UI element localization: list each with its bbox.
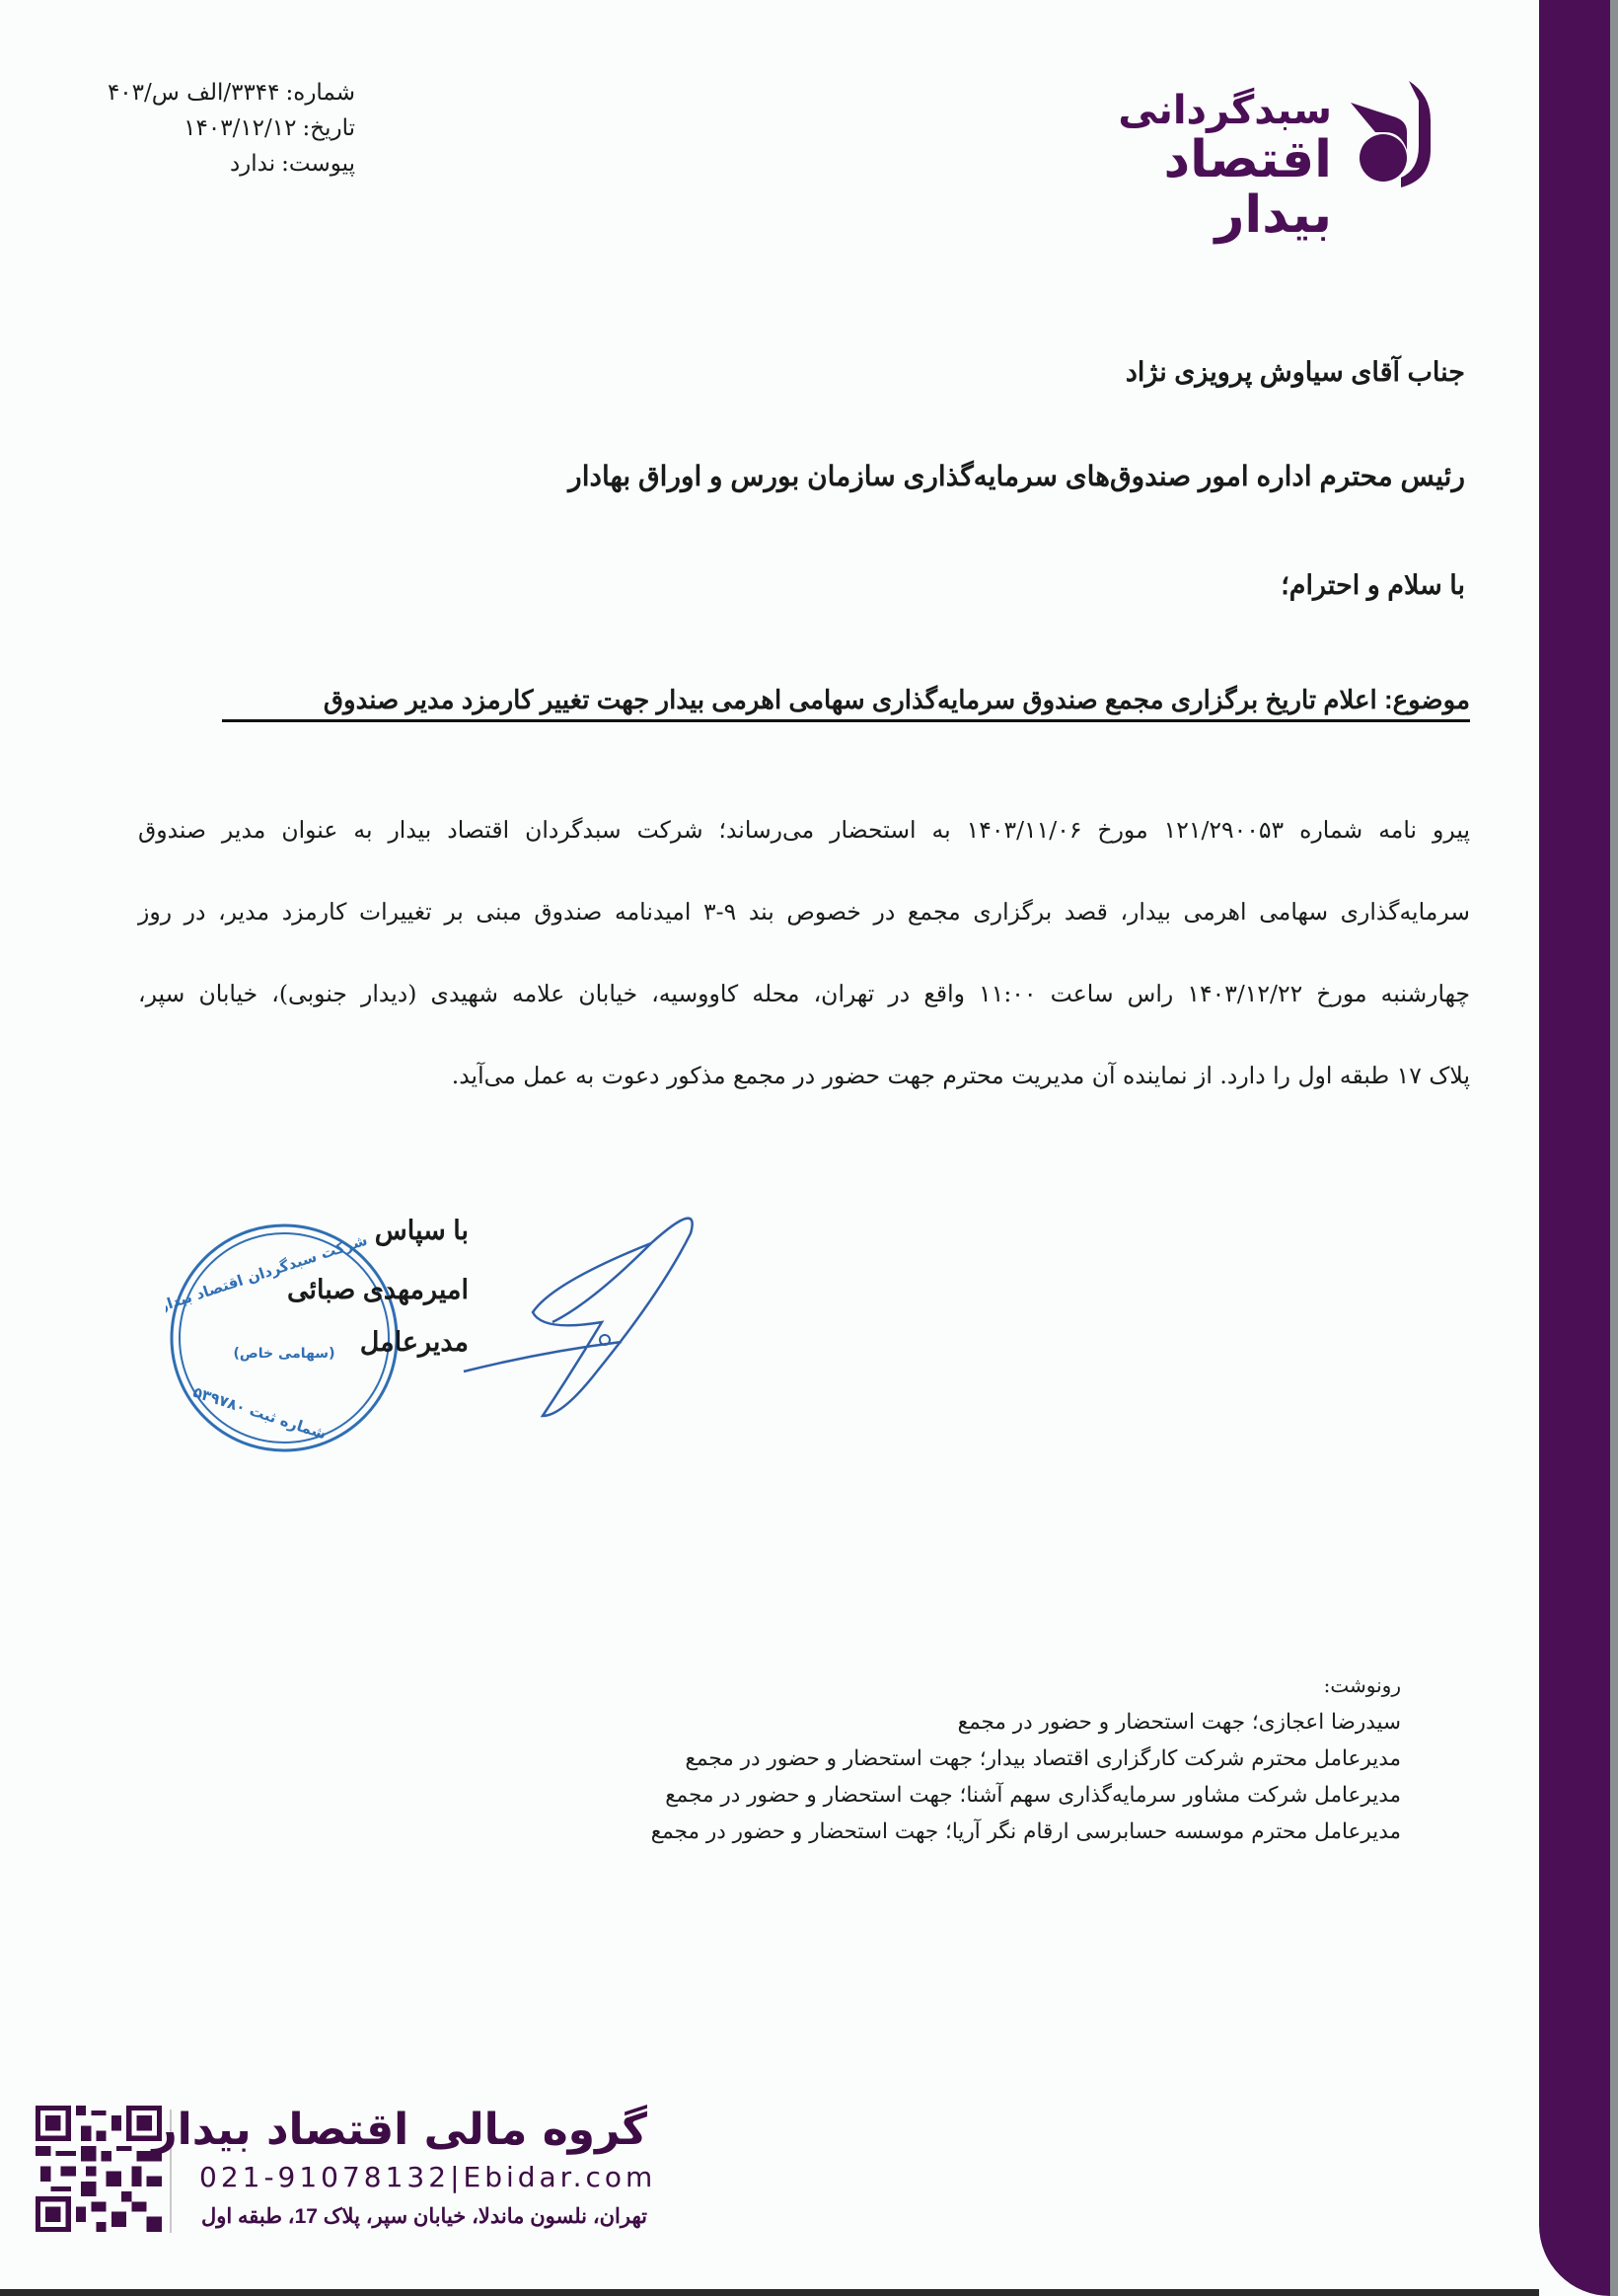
letter-meta: شماره:۳۳۴۴/الف س/۴۰۳ تاریخ:۱۴۰۳/۱۲/۱۲ پی…: [59, 75, 355, 182]
qr-code-icon: [36, 2106, 162, 2232]
logo-line-2: اقتصاد بیدار: [1056, 132, 1332, 243]
body-line: پیرو نامه شماره ۱۲۱/۲۹۰۰۵۳ مورخ ۱۴۰۳/۱۱/…: [138, 789, 1470, 871]
footer-contact: 021-91078132|Ebidar.com: [199, 2161, 656, 2193]
letter-date: تاریخ:۱۴۰۳/۱۲/۱۲: [59, 111, 355, 146]
signer-title: مدیرعامل: [360, 1327, 469, 1358]
cc-item: مدیرعامل محترم شرکت کارگزاری اقتصاد بیدا…: [651, 1741, 1401, 1777]
addressee-title: رئیس محترم اداره امور صندوق‌های سرمایه‌گ…: [568, 460, 1465, 492]
footer-brand: گروه مالی اقتصاد بیدار: [152, 2106, 647, 2155]
body-line: پلاک ۱۷ طبقه اول را دارد. از نماینده آن …: [138, 1035, 1470, 1117]
letter-attachment-value: ندارد: [230, 151, 275, 177]
cc-item: مدیرعامل محترم موسسه حسابرسی ارقام نگر آ…: [651, 1814, 1401, 1850]
cc-block: رونوشت: سیدرضا اعجازی؛ جهت استحضار و حضو…: [651, 1667, 1401, 1850]
letter-body: پیرو نامه شماره ۱۲۱/۲۹۰۰۵۳ مورخ ۱۴۰۳/۱۱/…: [138, 789, 1470, 1117]
scan-edge: [1610, 0, 1618, 2296]
company-logo: سبدگردانی اقتصاد بیدار: [1056, 71, 1470, 199]
logo-mark-icon: [1346, 81, 1434, 189]
handwritten-signature-icon: [424, 1204, 720, 1431]
letterhead-footer: گروه مالی اقتصاد بیدار 021-91078132|Ebid…: [36, 2106, 667, 2254]
letter-number-label: شماره:: [286, 80, 355, 106]
letter-attachment-label: پیوست:: [281, 151, 355, 177]
letter-number: شماره:۳۳۴۴/الف س/۴۰۳: [59, 75, 355, 111]
scan-bottom-edge: [0, 2289, 1539, 2296]
logo-text: سبدگردانی اقتصاد بیدار: [1056, 89, 1332, 243]
body-line: چهارشنبه مورخ ۱۴۰۳/۱۲/۲۲ راس ساعت ۱۱:۰۰ …: [138, 953, 1470, 1035]
letter-attachment: پیوست:ندارد: [59, 146, 355, 182]
stamp-type: (سهامی خاص): [234, 1346, 335, 1362]
letter-date-value: ۱۴۰۳/۱۲/۱۲: [184, 115, 296, 141]
cc-title: رونوشت:: [651, 1667, 1401, 1704]
greeting: با سلام و احترام؛: [1281, 570, 1465, 601]
body-line: سرمایه‌گذاری سهامی اهرمی بیدار، قصد برگز…: [138, 871, 1470, 953]
addressee-name: جناب آقای سیاوش پرویزی نژاد: [1126, 357, 1465, 388]
letter-page: سبدگردانی اقتصاد بیدار شماره:۳۳۴۴/الف س/…: [0, 0, 1618, 2296]
footer-address: تهران، نلسون ماندلا، خیابان سپر، پلاک 17…: [201, 2204, 647, 2229]
letter-date-label: تاریخ:: [302, 115, 355, 141]
cc-item: مدیرعامل شرکت مشاور سرمایه‌گذاری سهم آشن…: [651, 1777, 1401, 1814]
decorative-purple-band: [1539, 0, 1610, 2296]
letter-number-value: ۳۳۴۴/الف س/۴۰۳: [108, 80, 280, 106]
signer-name: امیرمهدی صبائی: [287, 1275, 469, 1305]
logo-line-1: سبدگردانی: [1056, 89, 1332, 132]
closing-thanks: با سپاس: [375, 1216, 469, 1246]
cc-item: سیدرضا اعجازی؛ جهت استحضار و حضور در مجم…: [651, 1704, 1401, 1741]
subject-line: موضوع: اعلام تاریخ برگزاری مجمع صندوق سر…: [222, 685, 1470, 722]
